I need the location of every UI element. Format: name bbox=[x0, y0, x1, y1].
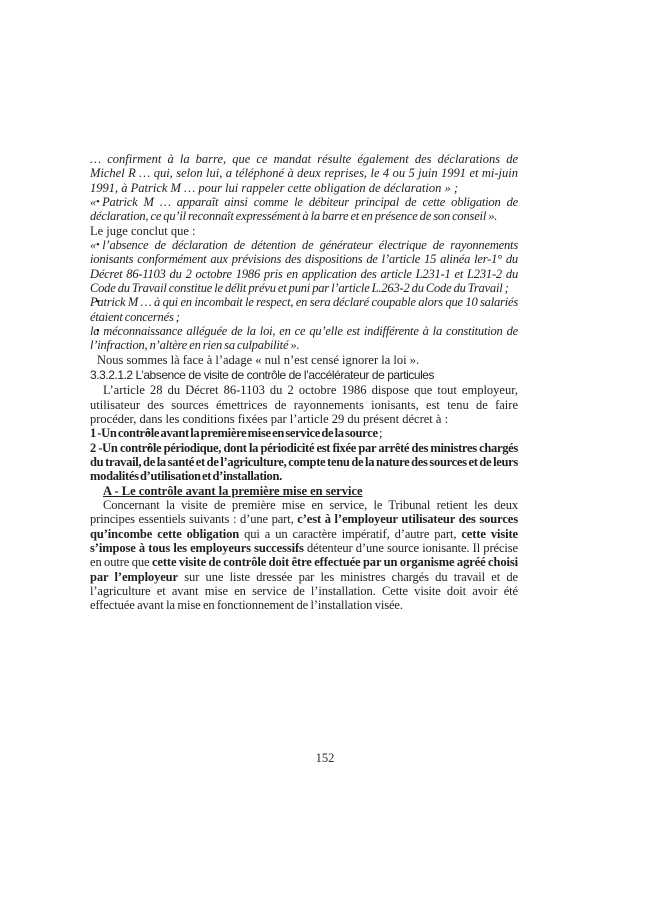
judge-intro-line: Le juge conclut que : bbox=[90, 224, 518, 238]
page-number: 152 bbox=[0, 751, 650, 766]
judge-bullet-item: • « l’absence de déclaration de détentio… bbox=[90, 238, 518, 295]
judge-bullet-text: « l’absence de déclaration de détention … bbox=[90, 238, 518, 295]
body-paragraph: Concernant la visite de première mise en… bbox=[90, 498, 518, 613]
bullet-icon: • bbox=[147, 426, 151, 440]
quote-lead-bullet-item: • « Patrick M … apparaît ainsi comme le … bbox=[90, 195, 518, 224]
decree-bullet-text: 1 -Un contrôle avant la première mise en… bbox=[90, 426, 382, 440]
section-intro-paragraph: L’article 28 du Décret 86-1103 du 2 octo… bbox=[90, 383, 518, 426]
document-page: … confirment à la barre, que ce mandat r… bbox=[0, 0, 650, 920]
bullet-icon: • bbox=[96, 324, 100, 338]
subsection-heading-text: A - Le contrôle avant la première mise e… bbox=[103, 484, 363, 498]
judge-bullet-text: Patrick M … à qui en incombait le respec… bbox=[90, 295, 518, 323]
decree-bullet-item: • 2 -Un contrôle périodique, dont la pér… bbox=[90, 441, 518, 484]
decree-bullet-text: 2 -Un contrôle périodique, dont la pério… bbox=[90, 441, 518, 484]
bullet-icon: • bbox=[96, 195, 100, 209]
quote-block: … confirment à la barre, que ce mandat r… bbox=[90, 152, 518, 367]
section-heading: 3.3.2.1.2 L’absence de visite de contrôl… bbox=[90, 367, 518, 383]
bullet-icon: • bbox=[96, 238, 100, 252]
judge-bullet-item: • Patrick M … à qui en incombait le resp… bbox=[90, 295, 518, 324]
adage-conclusion-line: Nous sommes là face à l’adage « nul n’es… bbox=[90, 353, 518, 367]
judge-bullet-list: • « l’absence de déclaration de détentio… bbox=[90, 238, 518, 353]
bullet-icon: • bbox=[96, 295, 100, 309]
quote-continuation-paragraph: … confirment à la barre, que ce mandat r… bbox=[90, 152, 518, 195]
text-block: … confirment à la barre, que ce mandat r… bbox=[90, 152, 518, 613]
judge-bullet-item: • la méconnaissance alléguée de la loi, … bbox=[90, 324, 518, 353]
subsection-heading: A - Le contrôle avant la première mise e… bbox=[90, 484, 518, 498]
judge-bullet-text: la méconnaissance alléguée de la loi, en… bbox=[90, 324, 518, 352]
decree-bullet-item: • 1 -Un contrôle avant la première mise … bbox=[90, 426, 518, 440]
quote-lead-bullet-text: « Patrick M … apparaît ainsi comme le dé… bbox=[90, 195, 518, 223]
decree-bullet-list: • 1 -Un contrôle avant la première mise … bbox=[90, 426, 518, 483]
bullet-icon: • bbox=[147, 441, 151, 455]
